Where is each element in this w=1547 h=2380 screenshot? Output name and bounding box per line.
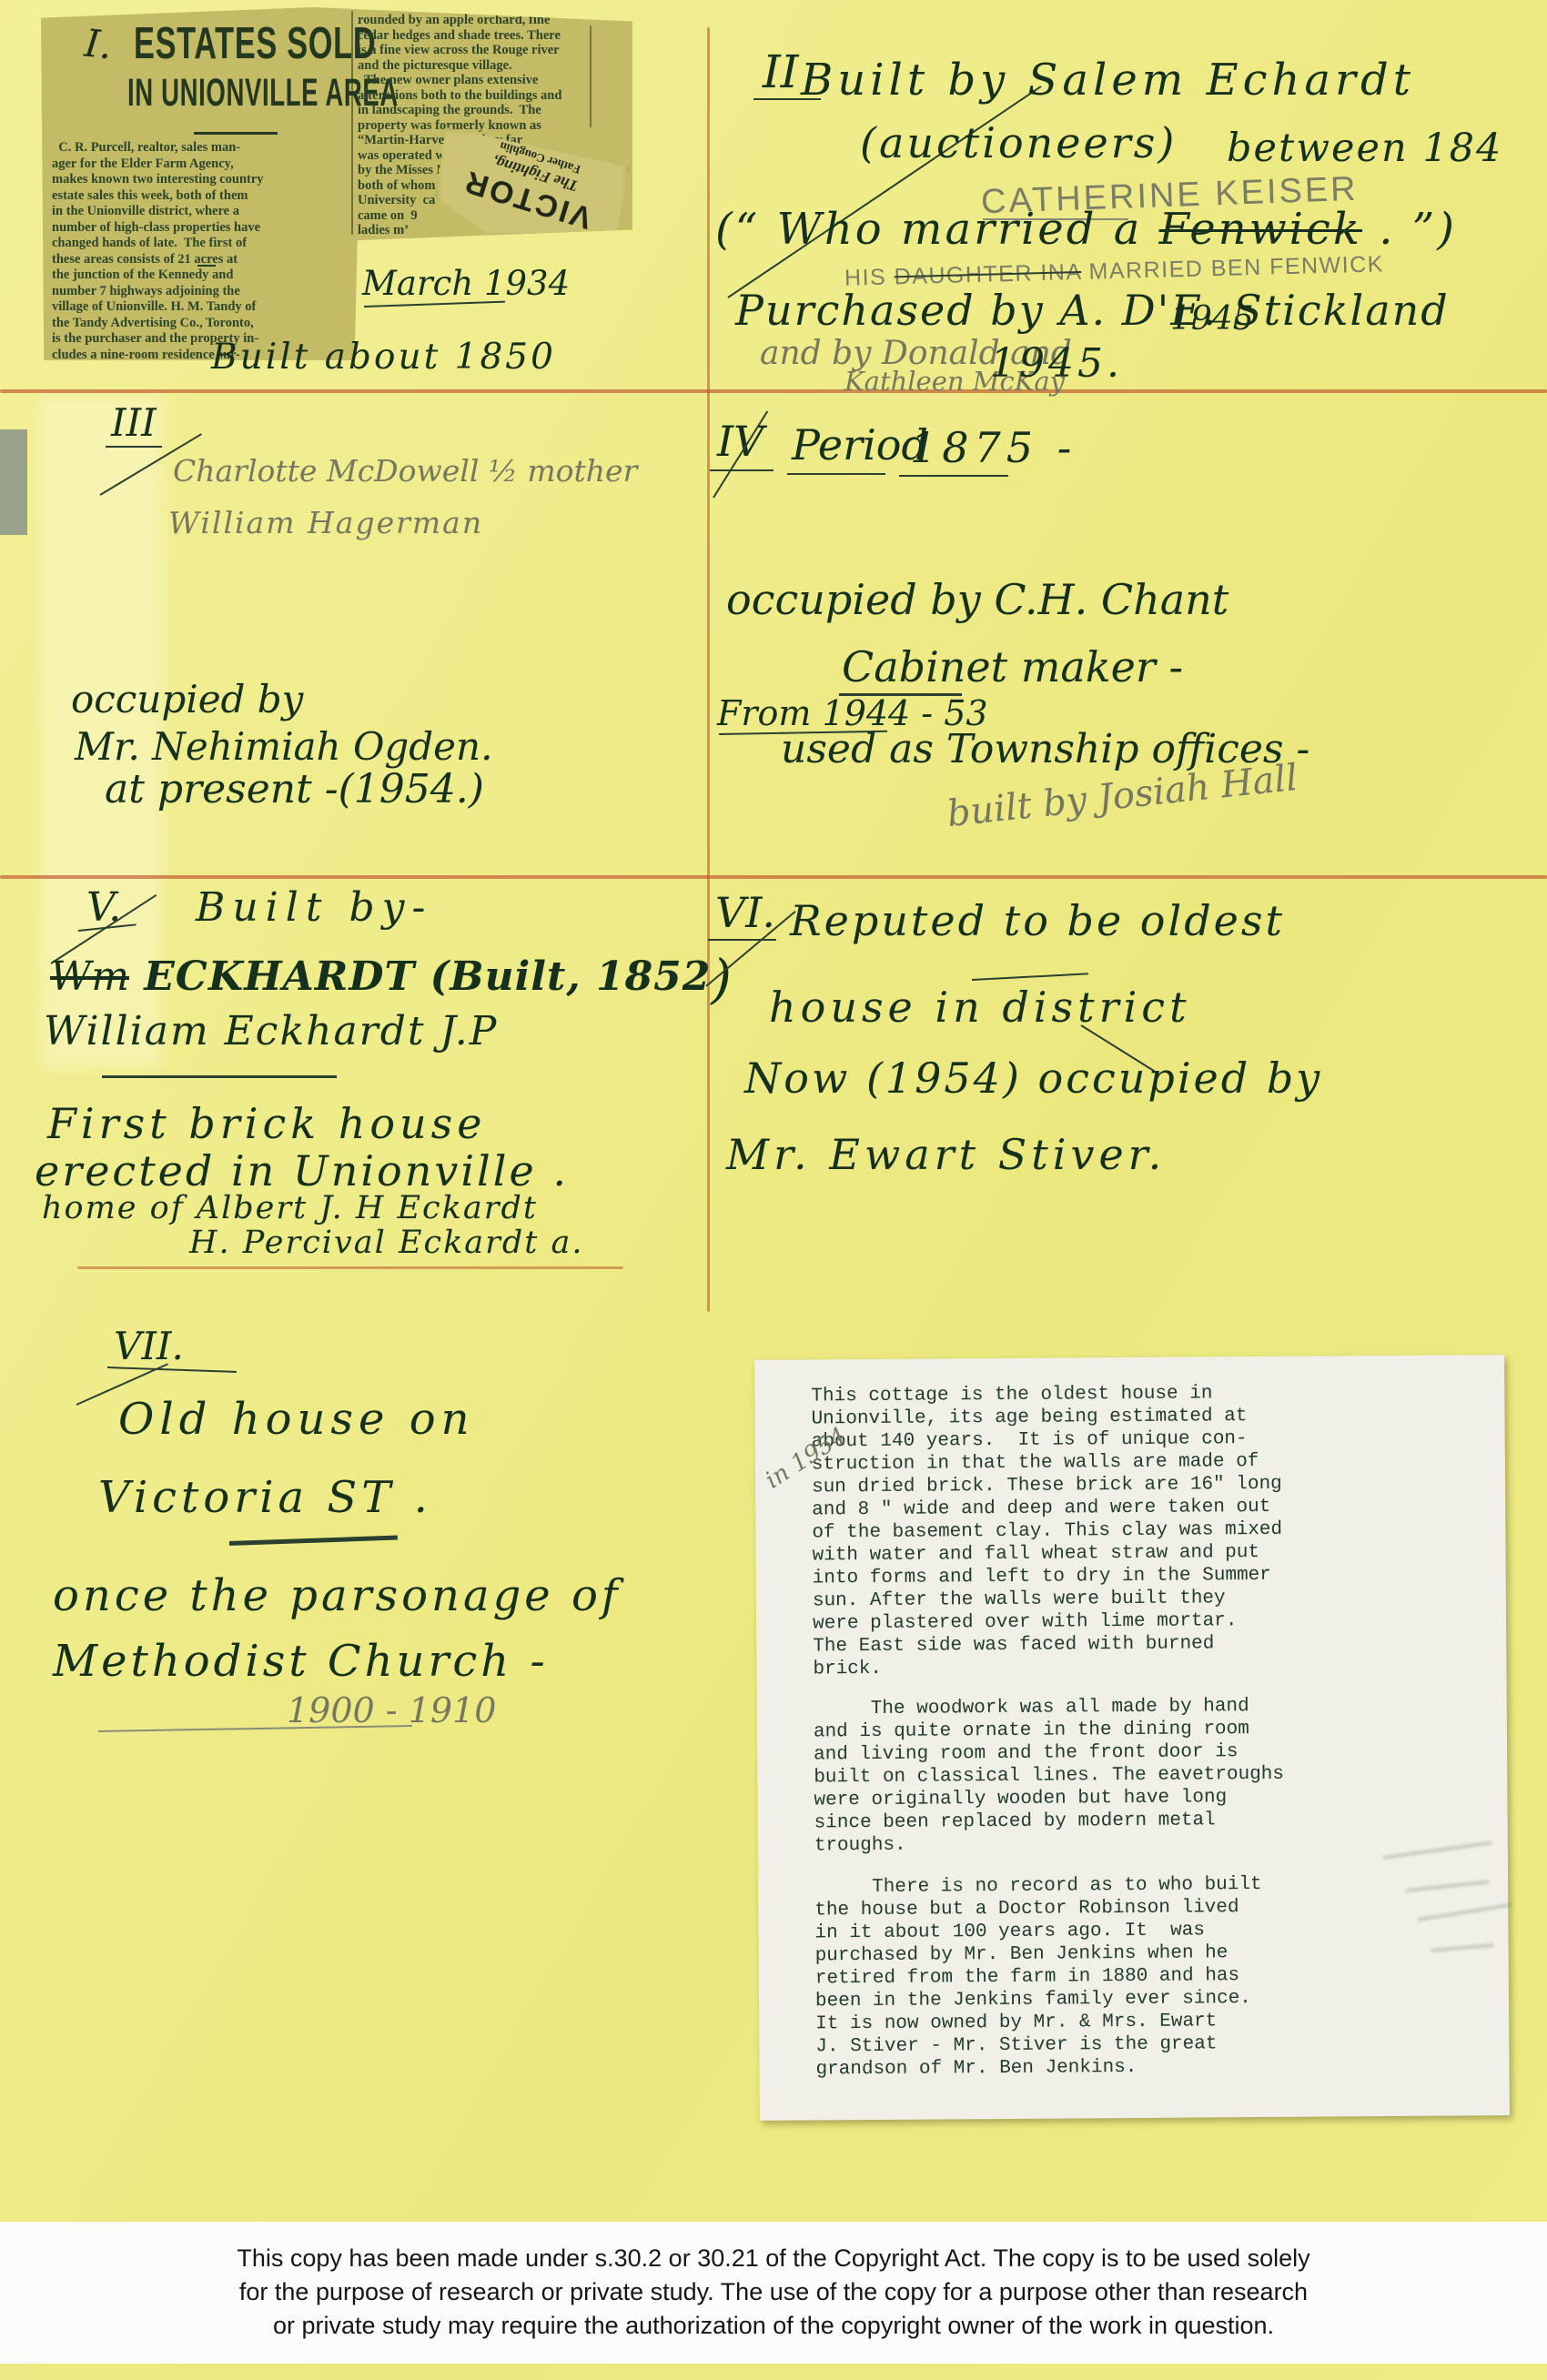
built-note: Built about 1850	[211, 337, 556, 378]
date-note: March 1934	[362, 264, 570, 303]
section5-divider	[102, 1075, 337, 1078]
section6-line2: house in district	[769, 983, 1191, 1032]
section6-numeral: VI.	[715, 888, 775, 937]
section2-line1: Built by Salem Echardt	[801, 55, 1415, 106]
typed-paragraph-3: There is no record as to who built the h…	[814, 1872, 1453, 2082]
section2-line4: Purchased by A. D'E. Stickland	[735, 286, 1450, 335]
newspaper-clipping: I. ESTATES SOLD IN UNIONVILLE AREA C. R.…	[41, 7, 632, 360]
section5-line1: Built by-	[196, 884, 432, 931]
section5-line2: Wm ECKHARDT (Built, 1852)	[50, 948, 732, 1010]
section5-line7: H. Percival Eckardt a.	[189, 1225, 584, 1261]
section2-line2a: (auctioneers)	[860, 118, 1177, 167]
grey-tab	[0, 429, 27, 535]
horizontal-rule-3	[77, 1266, 623, 1269]
column-divider	[351, 11, 353, 235]
victoria-st-underline	[229, 1536, 398, 1546]
clipping-right-edge-rule	[590, 25, 591, 127]
copyright-line-2: for the purpose of research or private s…	[0, 2275, 1547, 2309]
year-underline	[899, 475, 1008, 477]
section5-line6: home of Albert J. H Eckardt	[42, 1190, 538, 1226]
vertical-rule	[707, 27, 710, 1312]
section6-line1: Reputed to be oldest	[790, 896, 1285, 945]
horizontal-rule-2	[0, 875, 1547, 879]
clipping-headline-line1: ESTATES SOLD	[134, 18, 376, 69]
section2-line4-year: 1945	[1170, 300, 1254, 338]
section2-numeral: II	[763, 45, 799, 98]
section5-line5: erected in Unionville .	[35, 1146, 569, 1195]
district-overline	[972, 973, 1088, 981]
section3-pencil-line1: Charlotte McDowell ½ mother	[173, 453, 637, 489]
section4-line1b: 1875 -	[910, 423, 1077, 472]
section3-line3: at present -(1954.)	[105, 766, 484, 812]
headline-divider	[194, 132, 278, 135]
section6-line4: Mr. Ewart Stiver.	[726, 1130, 1166, 1179]
section7-line1: Old house on	[118, 1394, 475, 1445]
section4-numeral-underline	[710, 469, 773, 471]
section3-line2: Mr. Nehimiah Ogden.	[75, 724, 492, 769]
section2-line2b: between 184	[1227, 126, 1502, 171]
section6-numeral-underline	[708, 939, 776, 941]
section3-numeral-underline	[106, 446, 162, 448]
struck-word-wm: Wm	[50, 953, 129, 1000]
section6-line3: Now (1954) occupied by	[744, 1054, 1322, 1103]
period-underline	[787, 473, 885, 475]
typed-paragraph-2: The woodwork was all made by hand and is…	[814, 1694, 1451, 1858]
section7-line4: Methodist Church -	[53, 1636, 549, 1687]
section5-line4: First brick house	[47, 1099, 487, 1148]
section5-numeral: V.	[86, 884, 121, 931]
section3-numeral: III	[111, 400, 157, 445]
copyright-line-3: or private study may require the authori…	[0, 2309, 1547, 2343]
section2-line3: (“ Who married a Fenwick . ”)	[715, 204, 1457, 255]
typed-note-paper: This cottage is the oldest house in Unio…	[754, 1355, 1510, 2121]
section4-line1a: Period	[792, 420, 928, 469]
copyright-line-1: This copy has been made under s.30.2 or …	[0, 2242, 1547, 2275]
scrapbook-page: I. ESTATES SOLD IN UNIONVILLE AREA C. R.…	[0, 0, 1547, 2380]
section3-line1: occupied by	[71, 677, 303, 721]
section3-pencil-line2: William Hagerman	[168, 505, 483, 540]
typed-paragraph-1: This cottage is the oldest house in Unio…	[811, 1381, 1450, 1681]
clipping-column-left: C. R. Purcell, realtor, sales man- ager …	[52, 140, 264, 363]
section7-line2: Victoria ST .	[98, 1472, 432, 1523]
section4-numeral: IV	[717, 417, 763, 466]
clipping-numeral: I.	[83, 21, 115, 68]
section7-line3: once the parsonage of	[53, 1570, 622, 1621]
struck-word-fenwick: Fenwick	[1159, 204, 1362, 255]
copyright-strip: This copy has been made under s.30.2 or …	[0, 2222, 1547, 2364]
ink-underline-21-acres	[197, 265, 216, 267]
section4-line2: occupied by C.H. Chant	[726, 575, 1228, 624]
section5-line3: William Eckhardt J.P	[44, 1008, 498, 1054]
horizontal-rule-1	[0, 389, 1547, 393]
section4-line3: Cabinet maker -	[842, 642, 1183, 691]
section7-numeral: VII.	[114, 1324, 184, 1368]
section2-line5-year: 1945.	[990, 340, 1123, 387]
